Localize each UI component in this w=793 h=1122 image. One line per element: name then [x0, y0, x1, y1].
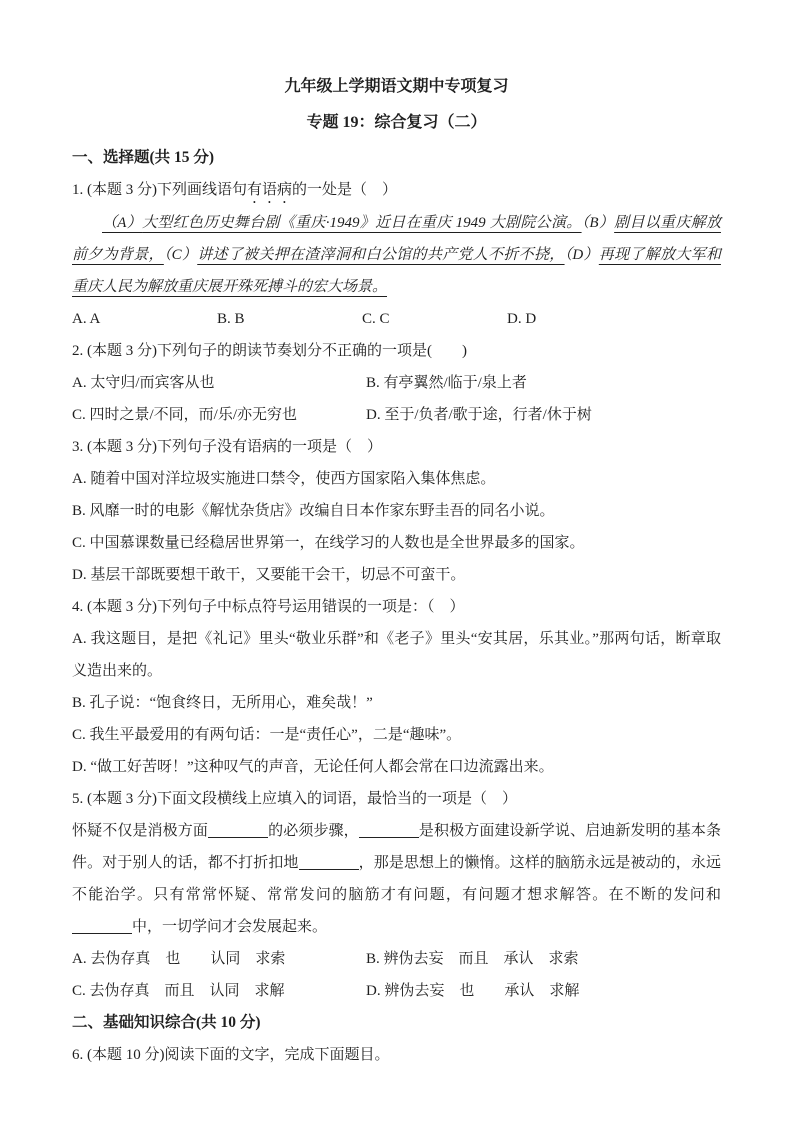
q5-option-c: C. 去伪存真 而且 认同 求解: [72, 975, 366, 1007]
q5-text-5: 中，一切学问才会发展起来。: [132, 919, 327, 935]
q3-option-d: D. 基层干部既要想干敢干，又要能干会干，切忌不可蛮干。: [72, 559, 721, 591]
q5-option-a: A. 去伪存真 也 认同 求索: [72, 943, 366, 975]
question-2-options: A. 太守归/而宾客从也 B. 有亭翼然/临于/泉上者 C. 四时之景/不同，而…: [72, 367, 721, 431]
q4-option-d: D. “做工好苦呀！”这种叹气的声音，无论任何人都会常在口边流露出来。: [72, 751, 721, 783]
question-4-stem: 4. (本题 3 分)下列句子中标点符号运用错误的一项是：（ ）: [72, 591, 721, 623]
question-5-passage: 怀疑不仅是消极方面的必须步骤，是积极方面建设新学说、启迪新发明的基本条件。对于别…: [72, 815, 721, 943]
q1-passage-marker-a: （A）: [102, 215, 142, 231]
q1-passage-marker-b: （B）: [582, 215, 615, 231]
q4-option-a: A. 我这题目，是把《礼记》里头“敬业乐群”和《老子》里头“安其居，乐其业。”那…: [72, 623, 721, 687]
q1-stem-emphasized: 有语病: [247, 182, 292, 198]
q3-option-c: C. 中国慕课数量已经稳居世界第一，在线学习的人数也是全世界最多的国家。: [72, 527, 721, 559]
q4-option-b: B. 孔子说：“饱食终日，无所用心，难矣哉！”: [72, 687, 721, 719]
q1-stem-pre: 1. (本题 3 分)下列画线语句: [72, 182, 247, 198]
q1-passage-marker-c: （C）: [164, 247, 197, 263]
q1-option-b: B. B: [217, 303, 362, 335]
q4-option-c: C. 我生平最爱用的有两句话：一是“责任心”，二是“趣味”。: [72, 719, 721, 751]
section-2-heading: 二、基础知识综合(共 10 分): [72, 1007, 721, 1039]
q3-option-a: A. 随着中国对洋垃圾实施进口禁令，使西方国家陷入集体焦虑。: [72, 463, 721, 495]
question-1-options: A. A B. B C. C D. D: [72, 303, 721, 335]
answer-blank-3: [299, 855, 359, 870]
answer-blank-1: [208, 823, 268, 838]
q1-option-d: D. D: [507, 303, 721, 335]
question-5-stem: 5. (本题 3 分)下面文段横线上应填入的词语，最恰当的一项是（ ）: [72, 783, 721, 815]
q1-passage-marker-d: （D）: [565, 247, 599, 263]
q5-option-b: B. 辨伪去妄 而且 承认 求索: [366, 943, 721, 975]
question-1-passage: （A）大型红色历史舞台剧《重庆·1949》近日在重庆 1949 大剧院公演。（B…: [72, 207, 721, 303]
q3-option-b: B. 风靡一时的电影《解忧杂货店》改编自日本作家东野圭吾的同名小说。: [72, 495, 721, 527]
q1-passage-seg-a: 大型红色历史舞台剧《重庆·1949》近日在重庆 1949 大剧院公演。: [142, 215, 581, 231]
question-1-stem: 1. (本题 3 分)下列画线语句有语病的一处是（ ）: [72, 174, 721, 207]
question-5-options: A. 去伪存真 也 认同 求索 B. 辨伪去妄 而且 承认 求索 C. 去伪存真…: [72, 943, 721, 1007]
q1-option-c: C. C: [362, 303, 507, 335]
q1-passage-seg-c: 讲述了被关押在渣滓洞和白公馆的共产党人不折不挠，: [197, 247, 564, 263]
q2-option-b: B. 有亭翼然/临于/泉上者: [366, 367, 721, 399]
section-1-heading: 一、选择题(共 15 分): [72, 142, 721, 174]
question-6-stem: 6. (本题 10 分)阅读下面的文字，完成下面题目。: [72, 1039, 721, 1071]
q5-option-d: D. 辨伪去妄 也 承认 求解: [366, 975, 721, 1007]
doc-title: 九年级上学期语文期中专项复习: [72, 76, 721, 98]
q1-stem-post: 的一处是（ ）: [292, 182, 397, 198]
question-2-stem: 2. (本题 3 分)下列句子的朗读节奏划分不正确的一项是( ): [72, 335, 721, 367]
q2-option-c: C. 四时之景/不同，而/乐/亦无穷也: [72, 399, 366, 431]
exam-document-page: 九年级上学期语文期中专项复习 专题 19：综合复习（二） 一、选择题(共 15 …: [0, 0, 793, 1122]
q2-option-d: D. 至于/负者/歌于途，行者/休于树: [366, 399, 721, 431]
q5-text-2: 的必须步骤，: [268, 823, 359, 839]
question-3-stem: 3. (本题 3 分)下列句子没有语病的一项是（ ）: [72, 431, 721, 463]
q5-text-1: 怀疑不仅是消极方面: [72, 823, 208, 839]
answer-blank-4: [72, 919, 132, 934]
answer-blank-2: [359, 823, 419, 838]
q2-option-a: A. 太守归/而宾客从也: [72, 367, 366, 399]
doc-subtitle: 专题 19：综合复习（二）: [72, 112, 721, 134]
q1-option-a: A. A: [72, 303, 217, 335]
